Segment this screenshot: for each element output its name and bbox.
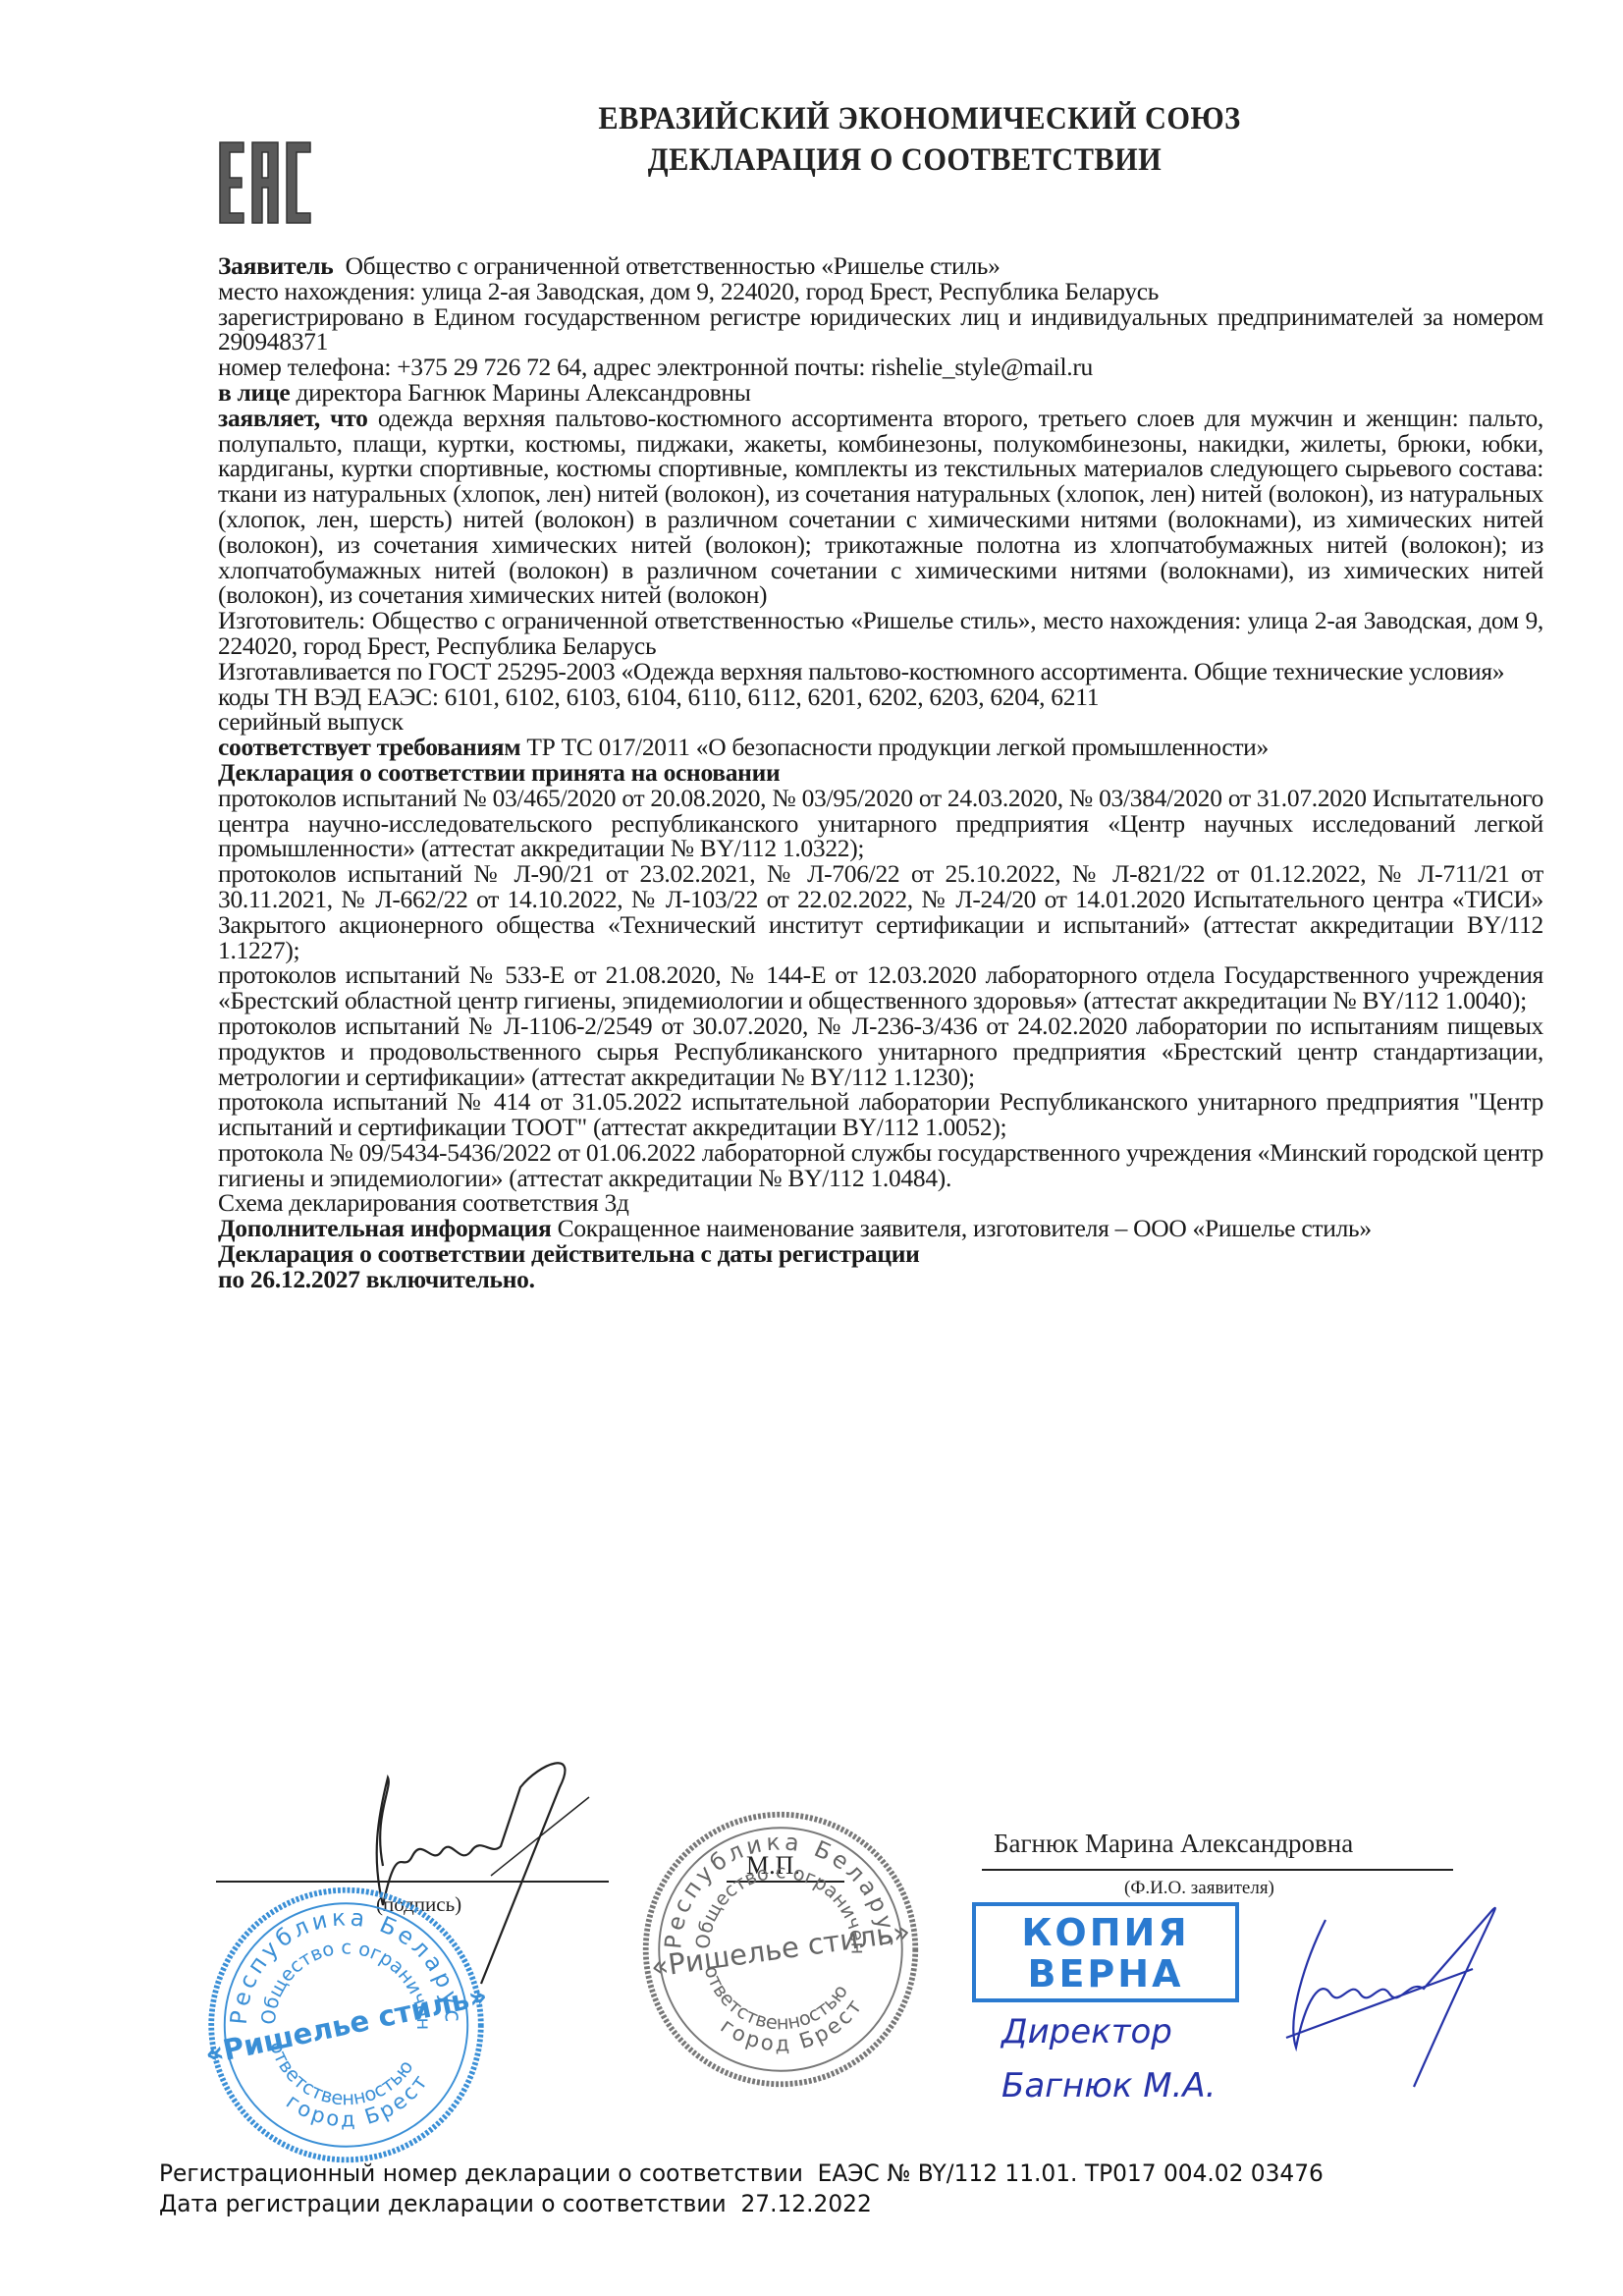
conforms-label: соответствует требованиям xyxy=(218,733,520,761)
manufacturer: Изготовитель: Общество с ограниченной от… xyxy=(218,608,1543,659)
declares-label: заявляет, что xyxy=(218,404,368,432)
registration-date-row: Дата регистрации декларации о соответств… xyxy=(159,2189,1324,2219)
declaration-body: Заявитель Общество с ограниченной ответс… xyxy=(218,253,1543,1292)
svg-text:город Брест: город Брест xyxy=(281,2068,434,2132)
basis-item: протоколов испытаний № 03/465/2020 от 20… xyxy=(218,786,1543,861)
hs-codes: коды ТН ВЭД ЕАЭС: 6101, 6102, 6103, 6104… xyxy=(218,684,1543,710)
svg-text:Директор: Директор xyxy=(1000,2012,1172,2051)
basis-heading: Декларация о соответствии принята на осн… xyxy=(218,760,1543,786)
svg-text:Общество с ограниченной: Общество с ограниченной xyxy=(633,1807,870,1954)
validity-line1: Декларация о соответствии действительна … xyxy=(218,1239,920,1268)
registration-date-value: 27.12.2022 xyxy=(740,2190,871,2217)
conforms-paragraph: соответствует требованиям ТР ТС 017/2011… xyxy=(218,735,1543,760)
svg-text:город Брест: город Брест xyxy=(716,1993,869,2056)
basis-item: протоколов испытаний № Л-90/21 от 23.02.… xyxy=(218,861,1543,962)
applicant-address: место нахождения: улица 2-ая Заводская, … xyxy=(218,279,1543,304)
company-seal-blue: Республика Беларусь Общество с ограничен… xyxy=(201,1883,491,2167)
registration-number-row: Регистрационный номер декларации о соотв… xyxy=(159,2159,1324,2189)
rep-label: в лице xyxy=(218,378,290,407)
svg-text:«Ришелье стиль»: «Ришелье стиль» xyxy=(202,1979,490,2071)
applicant-registration: зарегистрировано в Едином государственно… xyxy=(218,304,1543,355)
registration-date-label: Дата регистрации декларации о соответств… xyxy=(159,2190,727,2217)
svg-text:«Ришелье стиль»: «Ришелье стиль» xyxy=(649,1914,912,1984)
copy-line1: КОПИЯ xyxy=(976,1912,1235,1953)
basis-heading-text: Декларация о соответствии принята на осн… xyxy=(218,758,780,787)
signature-scribble-icon xyxy=(344,1758,638,2003)
release-type: серийный выпуск xyxy=(218,709,1543,735)
svg-text:ответственностью: ответственностью xyxy=(700,1963,852,2034)
applicant-label: Заявитель xyxy=(218,251,333,280)
svg-text:Республика Беларусь: Республика Беларусь xyxy=(633,1807,901,1951)
director-signature-icon xyxy=(1267,1900,1522,2097)
document-header: ЕВРАЗИЙСКИЙ ЭКОНОМИЧЕСКИЙ СОЮЗ ДЕКЛАРАЦИ… xyxy=(0,98,1623,181)
registration-number-label: Регистрационный номер декларации о соотв… xyxy=(159,2159,803,2187)
svg-text:Общество с ограниченной: Общество с ограниченной xyxy=(201,1883,435,2030)
declares-text: одежда верхняя пальтово-костюмного ассор… xyxy=(218,404,1543,610)
handwritten-note: Директор Багнюк М.А. xyxy=(992,1998,1316,2116)
mp-caption: М.П. xyxy=(746,1851,800,1881)
scheme: Схема декларирования соответствия 3д xyxy=(218,1190,1543,1216)
certified-copy-stamp: КОПИЯ ВЕРНА xyxy=(972,1902,1239,2002)
mp-line xyxy=(727,1881,844,1883)
svg-text:Багнюк М.А.: Багнюк М.А. xyxy=(1001,2066,1216,2105)
additional-info: Дополнительная информация Сокращенное на… xyxy=(218,1216,1377,1241)
validity-line2: по 26.12.2027 включительно. xyxy=(218,1265,535,1293)
registration-number-value: ЕАЭС № BY/112 11.01. ТР017 004.02 03476 xyxy=(818,2159,1324,2187)
basis-item: протоколов испытаний № Л-1106-2/2549 от … xyxy=(218,1013,1543,1089)
svg-text:ответственностью: ответственностью xyxy=(265,2039,417,2109)
signature-caption: (подпись) xyxy=(376,1892,461,1917)
basis-item: протокола испытаний № 414 от 31.05.2022 … xyxy=(218,1089,1543,1140)
registration-info: Регистрационный номер декларации о соотв… xyxy=(159,2159,1324,2219)
signature-line xyxy=(216,1881,609,1883)
applicant-name: Общество с ограниченной ответственностью… xyxy=(346,251,1001,280)
applicant-line: Заявитель Общество с ограниченной ответс… xyxy=(218,253,1543,279)
document-title: ДЕКЛАРАЦИЯ О СООТВЕТСТВИИ xyxy=(244,139,1566,181)
standard: Изготавливается по ГОСТ 25295-2003 «Одеж… xyxy=(218,659,1543,684)
name-line xyxy=(982,1869,1453,1871)
svg-text:Республика Беларусь: Республика Беларусь xyxy=(201,1883,466,2027)
copy-line2: ВЕРНА xyxy=(976,1953,1235,1995)
applicant-fullname: Багнюк Марина Александровна xyxy=(994,1829,1353,1859)
union-title: ЕВРАЗИЙСКИЙ ЭКОНОМИЧЕСКИЙ СОЮЗ xyxy=(272,98,1566,139)
company-seal-gray: Республика Беларусь Общество с ограничен… xyxy=(633,1807,928,2092)
applicant-representative: в лице директора Багнюк Марины Александр… xyxy=(218,380,1543,406)
additional-label: Дополнительная информация xyxy=(218,1214,552,1242)
basis-item: протокола № 09/5434-5436/2022 от 01.06.2… xyxy=(218,1140,1543,1191)
declares-paragraph: заявляет, что одежда верхняя пальтово-ко… xyxy=(218,406,1543,608)
conforms-text: ТР ТС 017/2011 «О безопасности продукции… xyxy=(526,733,1269,761)
applicant-contacts: номер телефона: +375 29 726 72 64, адрес… xyxy=(218,355,1543,380)
additional-text: Сокращенное наименование заявителя, изго… xyxy=(558,1214,1372,1242)
validity: Декларация о соответствии действительна … xyxy=(218,1241,1543,1292)
name-caption: (Ф.И.О. заявителя) xyxy=(1124,1878,1274,1899)
rep-value: директора Багнюк Марины Александровны xyxy=(296,378,750,407)
basis-item: протоколов испытаний № 533-Е от 21.08.20… xyxy=(218,962,1543,1013)
